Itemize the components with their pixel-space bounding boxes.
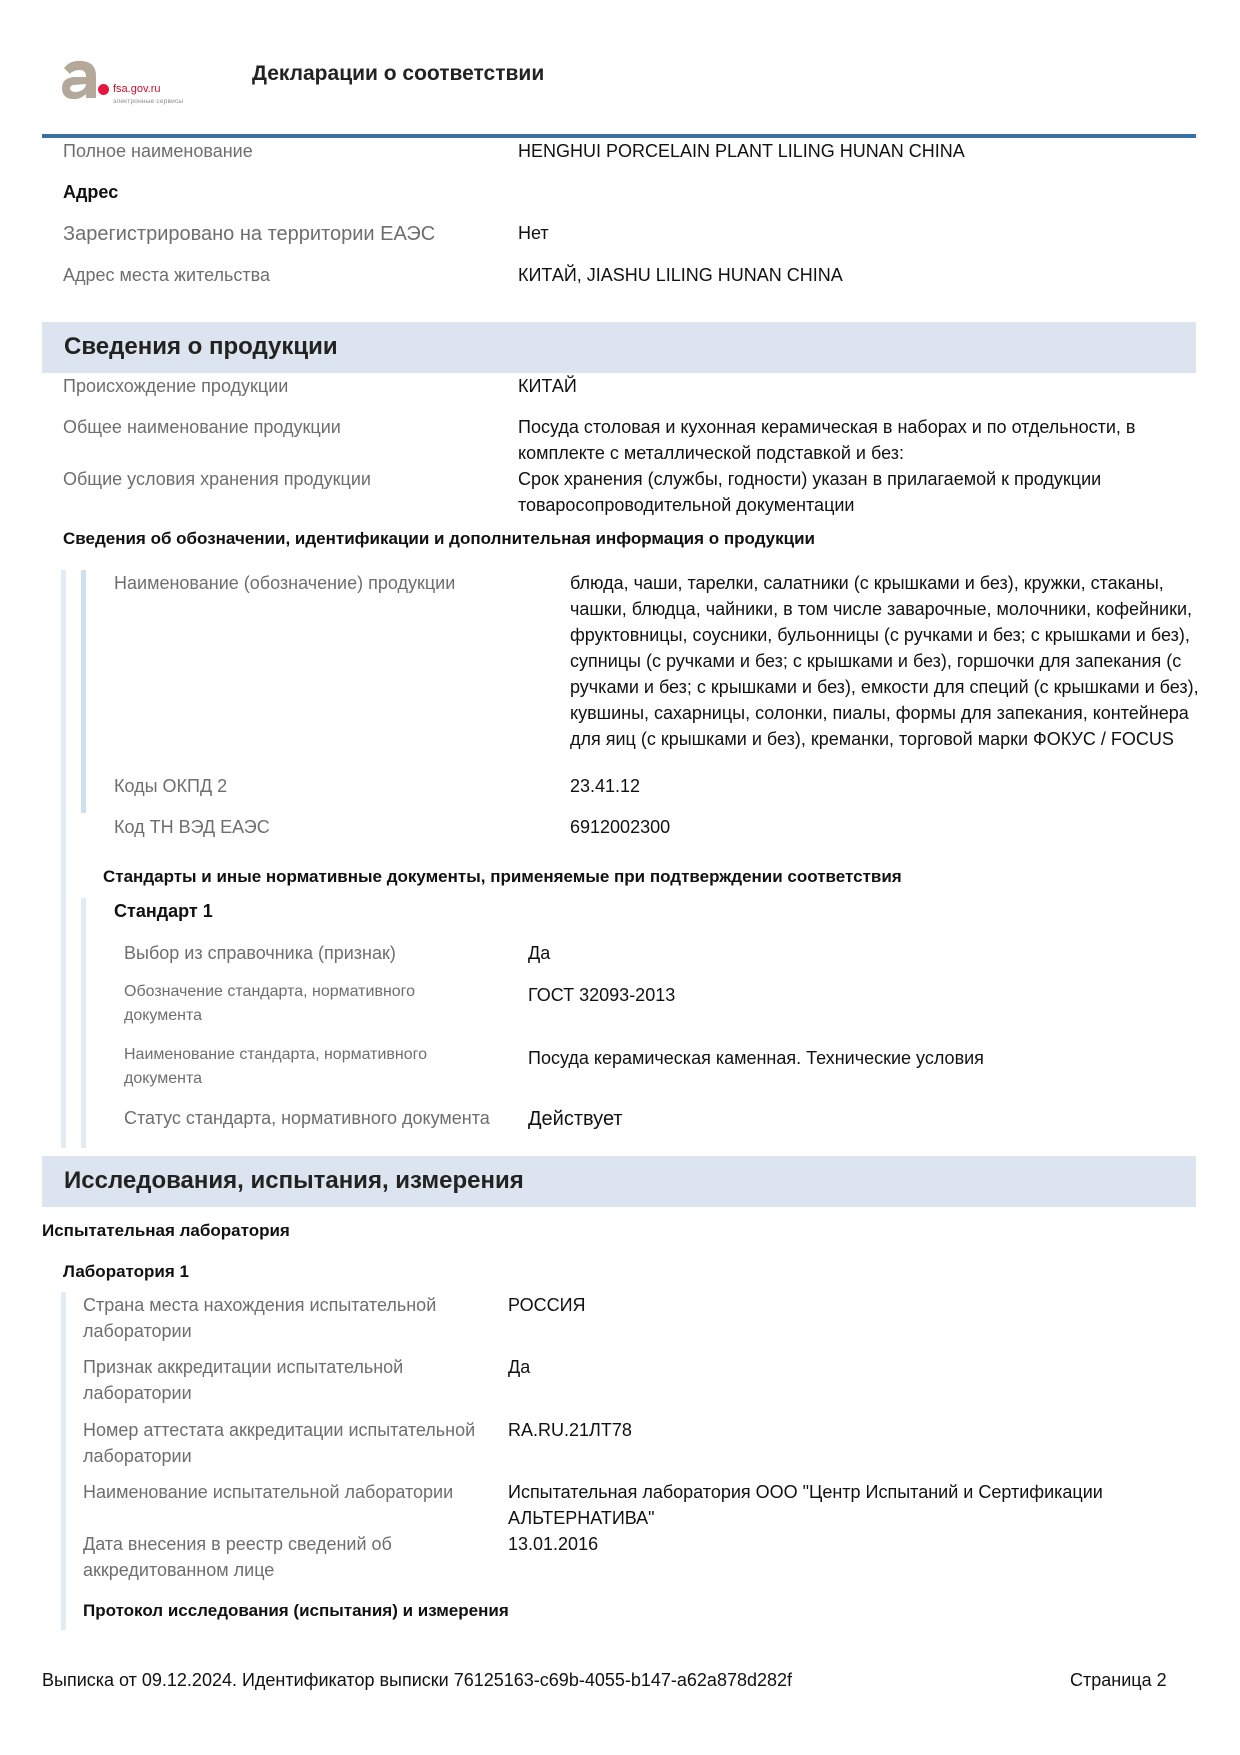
- footer-extract-info: Выписка от 09.12.2024. Идентификатор вып…: [42, 1670, 792, 1691]
- outer-indent-bar: [61, 570, 66, 1148]
- logo-subtitle: электронные сервисы: [113, 98, 183, 105]
- lab-indent-bar: [61, 1292, 66, 1630]
- lab-title: Лаборатория 1: [63, 1259, 189, 1285]
- standard-choice-value: Да: [528, 940, 550, 966]
- standard-status-label: Статус стандарта, нормативного документа: [124, 1105, 490, 1131]
- registered-eaeu-value: Нет: [518, 220, 549, 246]
- full-name-value: HENGHUI PORCELAIN PLANT LILING HUNAN CHI…: [518, 138, 965, 164]
- lab-country-label: Страна места нахождения испытательной ла…: [83, 1292, 503, 1344]
- origin-label: Происхождение продукции: [63, 373, 288, 399]
- identification-heading: Сведения об обозначении, идентификации и…: [63, 526, 815, 552]
- standard-designation-value: ГОСТ 32093-2013: [528, 982, 675, 1008]
- lab-certificate-label: Номер аттестата аккредитации испытательн…: [83, 1417, 508, 1469]
- standard-name-label: Наименование стандарта, нормативного док…: [124, 1043, 464, 1091]
- residence-address-label: Адрес места жительства: [63, 262, 270, 288]
- designation-value: блюда, чаши, тарелки, салатники (с крышк…: [570, 570, 1210, 752]
- storage-conditions-value: Срок хранения (службы, годности) указан …: [518, 466, 1168, 518]
- logo-site-text: fsa.gov.ru: [113, 83, 161, 95]
- identification-indent-bar: [81, 570, 86, 813]
- general-name-label: Общее наименование продукции: [63, 414, 341, 440]
- research-section-header: Исследования, испытания, измерения: [42, 1156, 1196, 1207]
- storage-conditions-label: Общие условия хранения продукции: [63, 466, 371, 492]
- lab-country-value: РОССИЯ: [508, 1292, 586, 1318]
- fsa-logo-icon: [58, 58, 102, 102]
- okpd-label: Коды ОКПД 2: [114, 773, 227, 799]
- product-section-title: Сведения о продукции: [64, 333, 338, 361]
- tnved-label: Код ТН ВЭД ЕАЭС: [114, 814, 270, 840]
- research-section-title: Исследования, испытания, измерения: [64, 1167, 524, 1195]
- lab-accreditation-value: Да: [508, 1354, 530, 1380]
- protocol-heading: Протокол исследования (испытания) и изме…: [83, 1598, 509, 1624]
- testing-lab-heading: Испытательная лаборатория: [42, 1218, 290, 1244]
- residence-address-value: КИТАЙ, JIASHU LILING HUNAN CHINA: [518, 262, 843, 288]
- registered-eaeu-label: Зарегистрировано на территории ЕАЭС: [63, 221, 435, 247]
- general-name-value: Посуда столовая и кухонная керамическая …: [518, 414, 1168, 466]
- standard-status-value: Действует: [528, 1106, 623, 1132]
- origin-value: КИТАЙ: [518, 373, 577, 399]
- address-heading: Адрес: [63, 179, 118, 205]
- standard-name-value: Посуда керамическая каменная. Технически…: [528, 1045, 984, 1071]
- standard-choice-label: Выбор из справочника (признак): [124, 940, 396, 966]
- standard-indent-bar: [81, 898, 86, 1148]
- lab-name-label: Наименование испытательной лаборатории: [83, 1479, 453, 1505]
- okpd-value: 23.41.12: [570, 773, 640, 799]
- footer-page-number: Страница 2: [1070, 1670, 1167, 1691]
- full-name-label: Полное наименование: [63, 138, 253, 164]
- lab-registry-date-label: Дата внесения в реестр сведений об аккре…: [83, 1531, 443, 1583]
- lab-name-value: Испытательная лаборатория ООО "Центр Исп…: [508, 1479, 1148, 1531]
- standard-title: Стандарт 1: [114, 898, 213, 924]
- lab-registry-date-value: 13.01.2016: [508, 1531, 598, 1557]
- designation-label: Наименование (обозначение) продукции: [114, 570, 455, 596]
- standard-designation-label: Обозначение стандарта, нормативного доку…: [124, 980, 464, 1028]
- standards-heading: Стандарты и иные нормативные документы, …: [103, 864, 902, 890]
- document-title: Декларации о соответствии: [252, 62, 544, 86]
- product-section-header: Сведения о продукции: [42, 322, 1196, 373]
- lab-accreditation-label: Признак аккредитации испытательной лабор…: [83, 1354, 483, 1406]
- logo-dot-icon: [98, 84, 109, 95]
- lab-certificate-value: RA.RU.21ЛТ78: [508, 1417, 632, 1443]
- tnved-value: 6912002300: [570, 814, 670, 840]
